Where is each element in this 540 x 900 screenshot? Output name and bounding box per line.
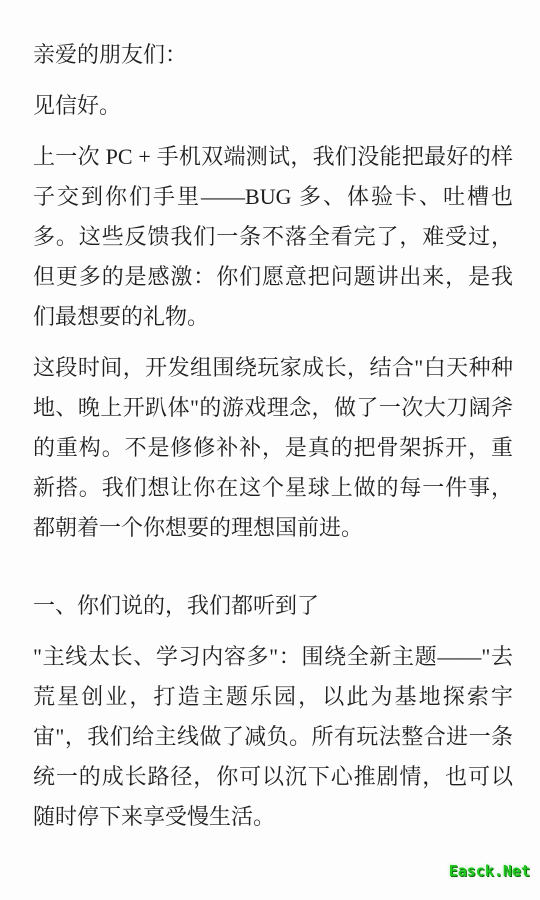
section-heading: 一、你们说的，我们都听到了 — [33, 586, 513, 626]
salutation: 亲爱的朋友们： — [33, 35, 513, 75]
paragraph-rework: 这段时间，开发组围绕玩家成长，结合"白天种种地、晚上开趴体"的游戏理念，做了一次… — [33, 348, 513, 548]
paragraph-intro-feedback: 上一次 PC + 手机双端测试，我们没能把最好的样子交到你们手里——BUG 多、… — [33, 137, 513, 337]
paragraph-mainline: "主线太长、学习内容多"：围绕全新主题——"去荒星创业，打造主题乐园，以此为基地… — [33, 637, 513, 837]
letter-page: 亲爱的朋友们： 见信好。 上一次 PC + 手机双端测试，我们没能把最好的样子交… — [0, 0, 540, 900]
watermark-easck-net: Easck.Net — [449, 851, 530, 891]
greeting: 见信好。 — [33, 86, 513, 126]
